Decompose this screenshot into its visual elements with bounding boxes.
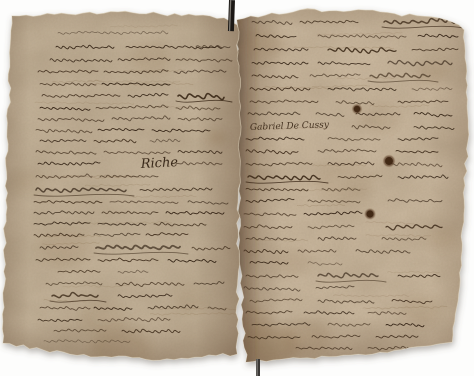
stain — [362, 107, 398, 133]
cradle-rod-bottom-highlight — [257, 359, 258, 376]
signature-riche: Riche — [139, 155, 178, 172]
ink-blot-core — [354, 106, 360, 112]
stain — [426, 226, 458, 249]
ink-blot-core — [366, 210, 373, 217]
stain — [207, 132, 225, 145]
left-page — [2, 11, 258, 371]
ink-blot-core — [385, 157, 393, 165]
manuscript-photo: Riche Gabriel De Cussy — [0, 0, 474, 376]
manuscript-scene: Riche Gabriel De Cussy — [0, 0, 474, 376]
cradle-rod-top — [228, 0, 235, 31]
right-page — [230, 9, 470, 366]
